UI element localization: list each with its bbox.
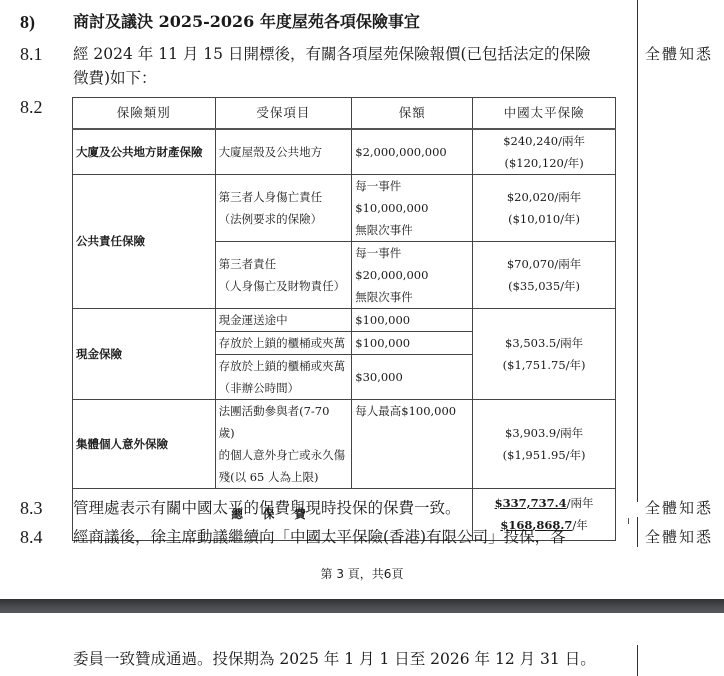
section-number: 8) bbox=[20, 12, 35, 32]
coverage-line: （人身傷亡及財物責任） bbox=[219, 275, 349, 297]
remarks-column-divider bbox=[637, 645, 638, 676]
premium-cell: $20,020/兩年 ($10,010/年) bbox=[473, 174, 616, 241]
document-page-4: 委員一致贊成通過。投保期為 2025 年 1 月 1 日至 2026 年 12 … bbox=[0, 613, 724, 676]
header-insurer: 中國太平保險 bbox=[473, 98, 616, 129]
coverage-line: 殘(以 65 人為上限) bbox=[219, 466, 349, 488]
amount-cell: $100,000 bbox=[352, 331, 473, 354]
amount-line: 每一事件$10,000,000 bbox=[355, 175, 469, 219]
item-8-3-remark: 全體知悉 bbox=[645, 498, 713, 518]
amount-cell: 每一事件$10,000,000 無限次事件 bbox=[352, 174, 473, 241]
total-two-years-unit: /兩年 bbox=[567, 496, 594, 510]
section-title: 商討及議決 2025-2026 年度屋苑各項保險事宜 bbox=[73, 12, 420, 32]
coverage-line: 法團活動參與者(7-70 歲) bbox=[219, 400, 349, 444]
premium-cell: $3,503.5/兩年 ($1,751.75/年) bbox=[473, 308, 616, 399]
coverage-line: 第三者責任 bbox=[219, 253, 349, 275]
coverage-cell: 現金運送途中 bbox=[215, 308, 352, 331]
coverage-line: （非辦公時間） bbox=[219, 377, 349, 399]
item-8-4-continuation: 委員一致贊成通過。投保期為 2025 年 1 月 1 日至 2026 年 12 … bbox=[73, 649, 596, 669]
header-amount: 保額 bbox=[352, 98, 473, 129]
coverage-cell: 大廈屋殼及公共地方 bbox=[215, 129, 352, 175]
header-category: 保險類別 bbox=[73, 98, 216, 129]
coverage-cell: 存放於上鎖的櫃桶或夾萬 bbox=[215, 331, 352, 354]
table-row: 現金保險 現金運送途中 $100,000 $3,503.5/兩年 ($1,751… bbox=[73, 308, 616, 331]
premium-per-year: ($120,120/年) bbox=[476, 152, 612, 174]
item-8-3-text: 管理處表示有關中國太平的保費與現時投保的保費一致。 bbox=[73, 498, 461, 518]
coverage-cell: 法團活動參與者(7-70 歲) 的個人意外身亡或永久傷 殘(以 65 人為上限) bbox=[215, 399, 352, 488]
amount-cell: $2,000,000,000 bbox=[352, 129, 473, 175]
amount-cell: 每一事件$20,000,000 無限次事件 bbox=[352, 241, 473, 308]
premium-per-year: ($1,751.75/年) bbox=[476, 354, 612, 376]
item-number-8-4: 8.4 bbox=[20, 527, 43, 547]
amount-line: 無限次事件 bbox=[355, 286, 469, 308]
amount-cell: $100,000 bbox=[352, 308, 473, 331]
total-two-years: $337,737.4/兩年 bbox=[476, 492, 612, 514]
total-year-unit: /年 bbox=[572, 518, 587, 532]
amount-cell: 每人最高$100,000 bbox=[352, 399, 473, 488]
page-separator bbox=[0, 599, 724, 613]
premium-cell: $3,903.9/兩年 ($1,951.95/年) bbox=[473, 399, 616, 488]
header-coverage: 受保項目 bbox=[215, 98, 352, 129]
page-footer: 第 3 頁，共6頁 bbox=[0, 565, 724, 582]
insurance-quote-table: 保險類別 受保項目 保額 中國太平保險 大廈及公共地方財產保險 大廈屋殼及公共地… bbox=[72, 97, 616, 541]
coverage-line: 存放於上鎖的櫃桶或夾萬 bbox=[219, 355, 349, 377]
premium-two-years: $240,240/兩年 bbox=[476, 130, 612, 152]
category-cell: 大廈及公共地方財產保險 bbox=[73, 129, 216, 175]
text-cursor-mark bbox=[628, 518, 629, 524]
premium-per-year: ($35,035/年) bbox=[476, 275, 612, 297]
category-cell: 現金保險 bbox=[73, 308, 216, 399]
item-8-1-text-line-1: 經 2024 年 11 月 15 日開標後，有關各項屋苑保險報價(已包括法定的保… bbox=[73, 44, 591, 64]
remarks-column-divider bbox=[637, 517, 638, 547]
item-number-8-3: 8.3 bbox=[20, 498, 43, 518]
item-8-4-text: 經商議後，徐主席動議繼續向「中國太平保險(香港)有限公司」投保，各 bbox=[73, 527, 566, 547]
premium-per-year: ($1,951.95/年) bbox=[476, 444, 612, 466]
premium-two-years: $20,020/兩年 bbox=[476, 186, 612, 208]
document-page-3: 8) 商討及議決 2025-2026 年度屋苑各項保險事宜 8.1 經 2024… bbox=[0, 0, 724, 599]
amount-line: 每一事件$20,000,000 bbox=[355, 242, 469, 286]
item-8-4-remark: 全體知悉 bbox=[645, 527, 713, 547]
item-number-8-1: 8.1 bbox=[20, 44, 43, 64]
total-two-years-amount: $337,737.4 bbox=[495, 496, 567, 510]
premium-cell: $70,070/兩年 ($35,035/年) bbox=[473, 241, 616, 308]
premium-two-years: $70,070/兩年 bbox=[476, 253, 612, 275]
premium-two-years: $3,903.9/兩年 bbox=[476, 422, 612, 444]
coverage-cell: 第三者人身傷亡責任 （法例要求的保險） bbox=[215, 174, 352, 241]
premium-cell: $240,240/兩年 ($120,120/年) bbox=[473, 129, 616, 175]
table-header-row: 保險類別 受保項目 保額 中國太平保險 bbox=[73, 98, 616, 129]
item-8-1-text-line-2: 徵費)如下： bbox=[73, 68, 157, 88]
amount-line: 無限次事件 bbox=[355, 219, 469, 241]
table-row: 大廈及公共地方財產保險 大廈屋殼及公共地方 $2,000,000,000 $24… bbox=[73, 129, 616, 175]
remarks-column-divider bbox=[637, 0, 638, 502]
item-8-1-remark: 全體知悉 bbox=[645, 44, 713, 64]
coverage-line: （法例要求的保險） bbox=[219, 208, 349, 230]
coverage-line: 第三者人身傷亡責任 bbox=[219, 186, 349, 208]
coverage-cell: 第三者責任 （人身傷亡及財物責任） bbox=[215, 241, 352, 308]
item-number-8-2: 8.2 bbox=[20, 97, 43, 117]
premium-two-years: $3,503.5/兩年 bbox=[476, 332, 612, 354]
category-cell: 公共責任保險 bbox=[73, 174, 216, 308]
amount-cell: $30,000 bbox=[352, 354, 473, 399]
table-row: 公共責任保險 第三者人身傷亡責任 （法例要求的保險） 每一事件$10,000,0… bbox=[73, 174, 616, 241]
category-cell: 集體個人意外保險 bbox=[73, 399, 216, 488]
table-row: 集體個人意外保險 法團活動參與者(7-70 歲) 的個人意外身亡或永久傷 殘(以… bbox=[73, 399, 616, 488]
coverage-line: 的個人意外身亡或永久傷 bbox=[219, 444, 349, 466]
coverage-cell: 存放於上鎖的櫃桶或夾萬 （非辦公時間） bbox=[215, 354, 352, 399]
premium-per-year: ($10,010/年) bbox=[476, 208, 612, 230]
